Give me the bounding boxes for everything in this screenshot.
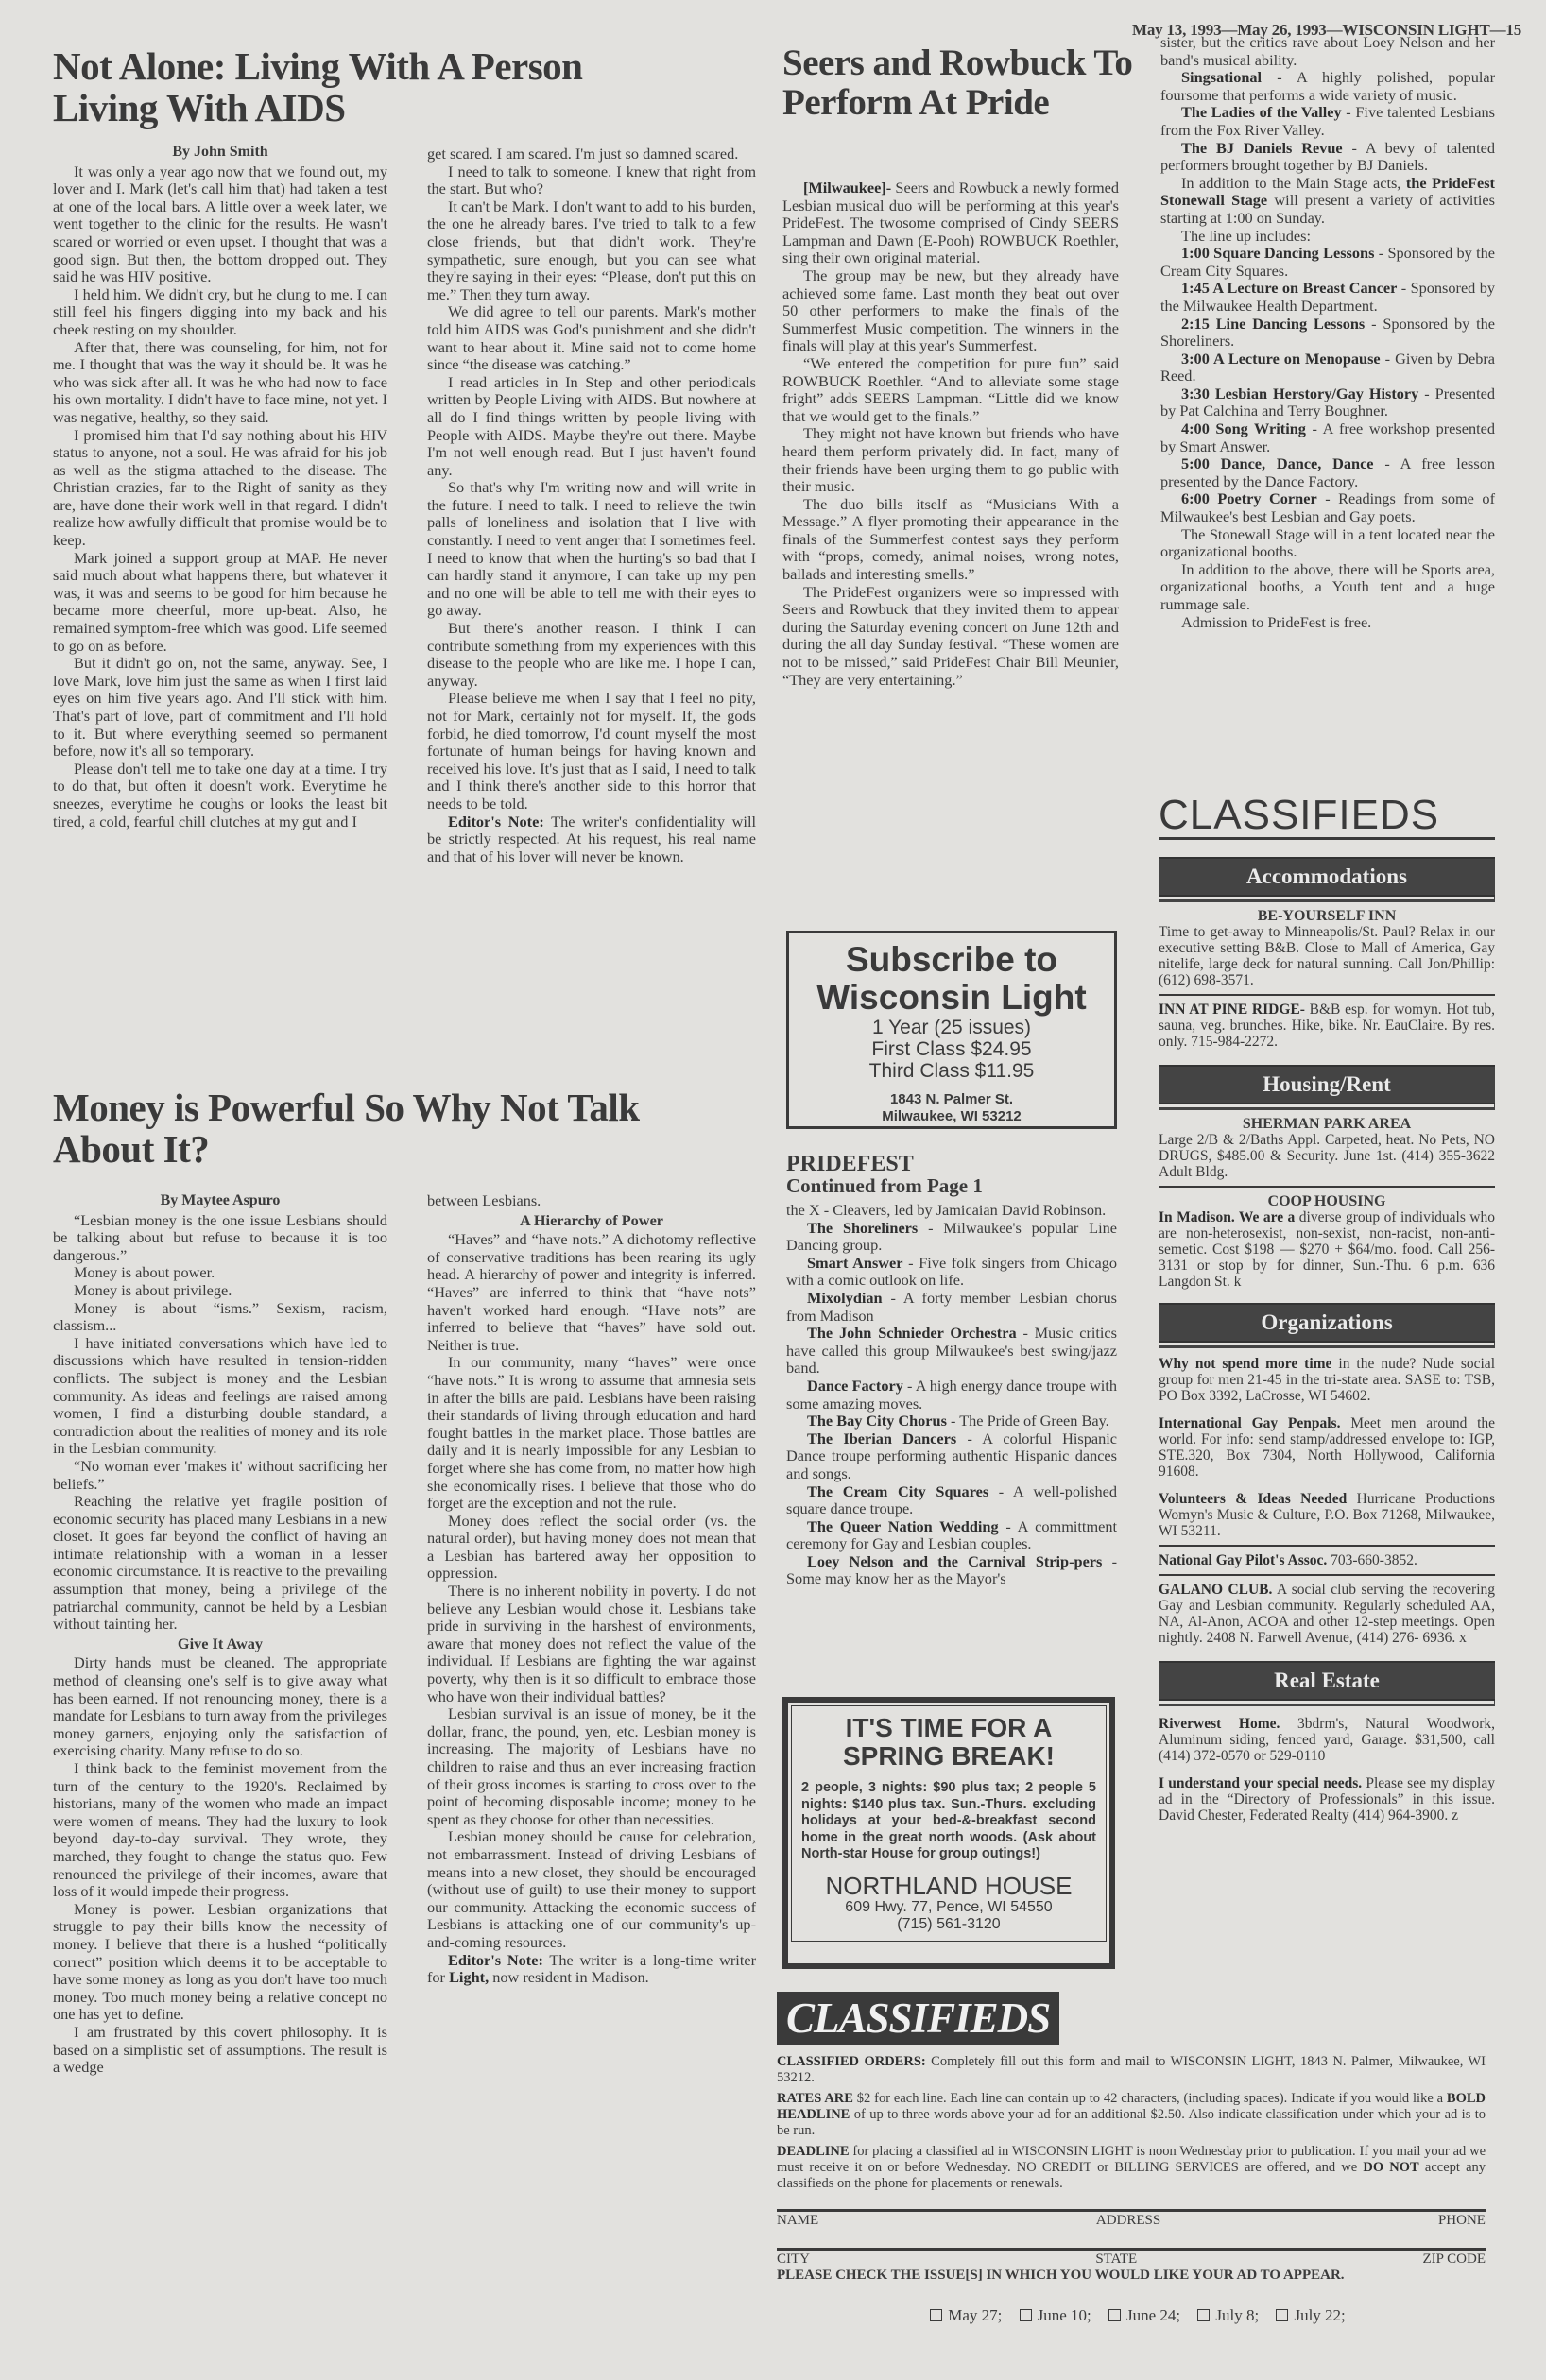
paragraph: There is no inherent nobility in poverty… — [427, 1583, 756, 1705]
bold-text: 6:00 Poetry Corner — [1181, 489, 1317, 507]
issue-check-prompt: PLEASE CHECK THE ISSUE[S] IN WHICH YOU W… — [777, 2268, 1486, 2284]
bold-text: The Bay City Chorus — [807, 1412, 947, 1430]
paragraph: I need to talk to someone. I knew that r… — [427, 163, 756, 198]
act-item: The Ladies of the Valley - Five talented… — [1160, 104, 1495, 139]
subscribe-ad: Subscribe to Wisconsin Light 1 Year (25 … — [786, 931, 1117, 1129]
money-byline: By Maytee Aspuro — [53, 1192, 387, 1210]
bold-text: The Ladies of the Valley — [1181, 103, 1342, 121]
text: CLASSIFIED ORDERS: Completely fill out t… — [777, 2054, 1486, 2192]
text: Admission to PrideFest is free. — [1160, 614, 1495, 632]
classifieds-banner: CLASSIFIEDS — [777, 1992, 1059, 2045]
text: COOP HOUSING — [1159, 1193, 1495, 1209]
lineup-item: 3:30 Lesbian Herstory/Gay History - Pres… — [1160, 385, 1495, 420]
subhead-give-it-away: Give It Away — [53, 1635, 387, 1653]
act-item: Loey Nelson and the Carnival Strip-pers … — [786, 1553, 1117, 1588]
checkbox-icon[interactable] — [1108, 2309, 1121, 2321]
dateline: [Milwaukee]- — [803, 179, 891, 197]
bold-text: International Gay Penpals. — [1159, 1415, 1340, 1431]
paragraph: But there's another reason. I think I ca… — [427, 620, 756, 690]
editors-note: Editor's Note: The writer is a long-time… — [427, 1952, 756, 1987]
bold-text: In Madison. We are a — [1159, 1209, 1295, 1225]
text: Time to get-away to Minneapolis/St. Paul… — [1159, 924, 1495, 988]
bold-text: Editor's Note: — [448, 1951, 543, 1969]
act-item: The Queer Nation Wedding - A committment… — [786, 1518, 1117, 1553]
classifieds-heading: CLASSIFIEDS — [1159, 794, 1495, 840]
bold-text: 3:00 A Lecture on Menopause — [1181, 350, 1381, 368]
classified-ad: SHERMAN PARK AREA Large 2/B & 2/Baths Ap… — [1159, 1116, 1495, 1180]
text: CLASSIFIED ORDERS: Completely fill out t… — [777, 2054, 1486, 2086]
city-field[interactable]: CITY — [777, 2252, 810, 2268]
category-real-estate: Real Estate — [1159, 1661, 1495, 1701]
bold-text: Smart Answer — [807, 1254, 903, 1272]
phone-field[interactable]: PHONE — [1438, 2213, 1486, 2229]
bold-text: The BJ Daniels Revue — [1181, 139, 1343, 157]
classified-ad: International Gay Penpals. Meet men arou… — [1159, 1415, 1495, 1480]
state-field[interactable]: STATE — [1095, 2252, 1137, 2268]
bold-text: I understand your special needs. — [1159, 1775, 1362, 1791]
bold-text: Light, — [449, 1968, 489, 1986]
text: [Milwaukee]- Seers and Rowbuck a newly f… — [782, 180, 1119, 267]
paragraph: Lesbian money should be cause for celebr… — [427, 1828, 756, 1951]
aids-column-2: get scared. I am scared. I'm just so dam… — [427, 146, 756, 865]
text: Wisconsin Light — [789, 979, 1114, 1017]
paragraph: I read articles in In Step and other per… — [427, 374, 756, 480]
paragraph: So that's why I'm writing now and will w… — [427, 479, 756, 620]
bold-text: 4:00 Song Writing — [1181, 419, 1306, 437]
lineup-item: 5:00 Dance, Dance, Dance - A free lesson… — [1160, 455, 1495, 490]
paragraph: Money is about “isms.” Sexism, racism, c… — [53, 1300, 387, 1335]
paragraph: Lesbian survival is an issue of money, b… — [427, 1705, 756, 1828]
seers-headline: Seers and Rowbuck To Perform At Pride — [782, 43, 1142, 123]
text: - The Pride of Green Bay. — [951, 1412, 1109, 1430]
bold-text: 5:00 Dance, Dance, Dance — [1181, 454, 1374, 472]
bold-text: Singsational — [1181, 68, 1262, 86]
bold-text: The Shoreliners — [807, 1219, 918, 1237]
paragraph: “Haves” and “have nots.” A dichotomy ref… — [427, 1231, 756, 1354]
issue-checkboxes: May 27; June 10; June 24; July 8; July 2… — [777, 2306, 1486, 2325]
act-item: The Iberian Dancers - A colorful Hispani… — [786, 1430, 1117, 1483]
text: First Class $24.95 — [789, 1038, 1114, 1060]
paragraph: They might not have known but friends wh… — [782, 425, 1119, 495]
paragraph: Money is about privilege. — [53, 1282, 387, 1300]
text: Large 2/B & 2/Baths Appl. Carpeted, heat… — [1159, 1132, 1495, 1180]
lineup-item: 3:00 A Lecture on Menopause - Given by D… — [1160, 351, 1495, 385]
paragraph: Dirty hands must be cleaned. The appropr… — [53, 1654, 387, 1760]
text: 609 Hwy. 77, Pence, WI 54550 — [801, 1899, 1096, 1916]
aids-headline: Not Alone: Living With A Person Living W… — [53, 45, 639, 129]
bold-text: 1:00 Square Dancing Lessons — [1181, 244, 1374, 262]
pridefest-column: PRIDEFEST Continued from Page 1 the X - … — [786, 1153, 1117, 1588]
text: SHERMAN PARK AREA — [1159, 1116, 1495, 1132]
spring-ad-title: IT'S TIME FOR A SPRING BREAK! — [801, 1714, 1096, 1771]
bold-text: CLASSIFIED ORDERS: — [777, 2054, 926, 2069]
bold-text: DEADLINE — [777, 2144, 850, 2159]
classified-ad: GALANO CLUB. A social club serving the r… — [1159, 1582, 1495, 1646]
act-item: Dance Factory - A high energy dance trou… — [786, 1378, 1117, 1413]
text: DEADLINE for placing a classified ad in … — [777, 2144, 1486, 2192]
bold-text: Riverwest Home. — [1159, 1716, 1280, 1732]
text: In addition to the Main Stage acts, the … — [1160, 175, 1495, 228]
aids-column-1: By John Smith It was only a year ago now… — [53, 144, 387, 830]
bold-text: The Iberian Dancers — [807, 1430, 956, 1447]
text: 2 people, 3 nights: $90 plus tax; 2 peop… — [801, 1780, 1096, 1863]
bold-text: Why not spend more time — [1159, 1356, 1331, 1372]
act-item: The Cream City Squares - A well-polished… — [786, 1483, 1117, 1518]
seers-column: [Milwaukee]- Seers and Rowbuck a newly f… — [782, 180, 1119, 689]
text: $2 for each line. Each line can contain … — [857, 2091, 1443, 2106]
text: RATES ARE $2 for each line. Each line ca… — [777, 2091, 1486, 2139]
bold-text: Dance Factory — [807, 1377, 903, 1395]
bold-text: 2:15 Line Dancing Lessons — [1181, 315, 1365, 333]
zip-field[interactable]: ZIP CODE — [1422, 2252, 1486, 2268]
paragraph: “We entered the competition for pure fun… — [782, 355, 1119, 425]
text: Subscribe to — [789, 941, 1114, 979]
text — [1159, 994, 1495, 996]
paragraph: We did agree to tell our parents. Mark's… — [427, 303, 756, 373]
spring-break-ad: IT'S TIME FOR A SPRING BREAK! 2 people, … — [782, 1697, 1115, 1969]
checkbox-icon[interactable] — [1197, 2309, 1210, 2321]
text: of up to three words above your ad for a… — [777, 2107, 1486, 2138]
paragraph: It can't be Mark. I don't want to add to… — [427, 198, 756, 304]
paragraph: I promised him that I'd say nothing abou… — [53, 427, 387, 550]
lineup-item: 2:15 Line Dancing Lessons - Sponsored by… — [1160, 316, 1495, 351]
bold-text: DO NOT — [1363, 2160, 1418, 2175]
checkbox-icon[interactable] — [1020, 2309, 1032, 2321]
text: 1843 N. Palmer St. — [789, 1091, 1114, 1108]
bold-text: The Cream City Squares — [807, 1482, 988, 1500]
checkbox-icon[interactable] — [1276, 2309, 1288, 2321]
text — [1159, 1186, 1495, 1188]
bold-text: 1:45 A Lecture on Breast Cancer — [1181, 279, 1397, 297]
act-item: The John Schnieder Orchestra - Music cri… — [786, 1325, 1117, 1378]
paragraph: But it didn't go on, not the same, anywa… — [53, 655, 387, 761]
pridefest-sub: Continued from Page 1 — [786, 1175, 1117, 1196]
classified-ad: Why not spend more time in the nude? Nud… — [1159, 1356, 1495, 1404]
money-column-1: By Maytee Aspuro “Lesbian money is the o… — [53, 1192, 387, 2077]
form-row-location: CITY STATE ZIP CODE — [777, 2248, 1486, 2268]
paragraph: between Lesbians. — [427, 1192, 756, 1210]
act-item: The Shoreliners - Milwaukee's popular Li… — [786, 1220, 1117, 1255]
paragraph: “Lesbian money is the one issue Lesbians… — [53, 1212, 387, 1265]
paragraph: Mark joined a support group at MAP. He n… — [53, 550, 387, 656]
text — [1159, 1545, 1495, 1547]
paragraph: I held him. We didn't cry, but he clung … — [53, 286, 387, 339]
text — [1159, 1574, 1495, 1576]
text: Milwaukee, WI 53212 — [789, 1108, 1114, 1125]
subhead-hierarchy: A Hierarchy of Power — [427, 1212, 756, 1230]
category-organizations: Organizations — [1159, 1303, 1495, 1343]
editors-note: Editor's Note: The writer's confidential… — [427, 813, 756, 866]
classified-ad: INN AT PINE RIDGE- B&B esp. for womyn. H… — [1159, 1002, 1495, 1050]
classified-ad: I understand your special needs. Please … — [1159, 1775, 1495, 1824]
paragraph: It was only a year ago now that we found… — [53, 163, 387, 286]
form-row-contact: NAME ADDRESS PHONE — [777, 2209, 1486, 2229]
lineup-item: 1:45 A Lecture on Breast Cancer - Sponso… — [1160, 280, 1495, 315]
paragraph: “No woman ever 'makes it' without sacrif… — [53, 1458, 387, 1493]
bold-text: Volunteers & Ideas Needed — [1159, 1491, 1347, 1507]
lineup-item: 1:00 Square Dancing Lessons - Sponsored … — [1160, 245, 1495, 280]
act-item: The Bay City Chorus - The Pride of Green… — [786, 1413, 1117, 1430]
text: BE-YOURSELF INN — [1159, 908, 1495, 924]
text: 1 Year (25 issues) — [789, 1017, 1114, 1038]
text: June 24; — [1126, 2306, 1180, 2324]
aids-byline: By John Smith — [53, 144, 387, 162]
name-field[interactable]: NAME — [777, 2213, 818, 2229]
bold-text: Loey Nelson and the Carnival Strip-pers — [807, 1552, 1102, 1570]
money-headline: Money is Powerful So Why Not Talk About … — [53, 1087, 658, 1171]
text: NORTHLAND HOUSE — [801, 1873, 1096, 1899]
paragraph: Money is power. Lesbian organizations th… — [53, 1901, 387, 2024]
paragraph: Money does reflect the social order (vs.… — [427, 1513, 756, 1583]
paragraph: I think back to the feminist movement fr… — [53, 1760, 387, 1901]
text — [789, 1082, 1114, 1091]
paragraph: Money is about power. — [53, 1264, 387, 1282]
text: July 8; — [1215, 2306, 1259, 2324]
lineup-item: 6:00 Poetry Corner - Readings from some … — [1160, 490, 1495, 525]
text: sister, but the critics rave about Loey … — [1160, 34, 1495, 69]
classified-ad: Volunteers & Ideas Needed Hurricane Prod… — [1159, 1491, 1495, 1539]
category-accommodations: Accommodations — [1159, 857, 1495, 897]
act-item: The BJ Daniels Revue - A bevy of talente… — [1160, 140, 1495, 175]
text: In addition to the above, there will be … — [1160, 561, 1495, 614]
pridefest-continued-column: sister, but the critics rave about Loey … — [1160, 34, 1495, 631]
paragraph: In our community, many “haves” were once… — [427, 1354, 756, 1512]
classified-ad: National Gay Pilot's Assoc. 703-660-3852… — [1159, 1552, 1495, 1568]
classified-ad: BE-YOURSELF INN Time to get-away to Minn… — [1159, 908, 1495, 988]
lineup-item: 4:00 Song Writing - A free workshop pres… — [1160, 420, 1495, 455]
act-item: Smart Answer - Five folk singers from Ch… — [786, 1255, 1117, 1290]
text: (715) 561-3120 — [801, 1916, 1096, 1933]
paragraph: After that, there was counseling, for hi… — [53, 339, 387, 427]
text: In addition to the Main Stage acts, — [1181, 174, 1400, 192]
text: IT'S TIME FOR A SPRING BREAK! 2 people, … — [791, 1705, 1107, 1942]
pridefest-head: PRIDEFEST — [786, 1153, 1117, 1175]
paragraph: The duo bills itself as “Musicians With … — [782, 496, 1119, 584]
classifieds-section: CLASSIFIEDS Accommodations BE-YOURSELF I… — [1159, 794, 1495, 1824]
paragraph: The PrideFest organizers were so impress… — [782, 584, 1119, 690]
bold-text: GALANO CLUB. — [1159, 1582, 1272, 1598]
text: The Stonewall Stage will in a tent locat… — [1160, 526, 1495, 561]
bold-text: INN AT PINE RIDGE- — [1159, 1002, 1305, 1018]
act-item: Singsational - A highly polished, popula… — [1160, 69, 1495, 104]
paragraph: I am frustrated by this covert philosoph… — [53, 2024, 387, 2077]
editors-note-label: Editor's Note: — [448, 813, 544, 830]
classified-ad: Riverwest Home. 3bdrm's, Natural Woodwor… — [1159, 1716, 1495, 1764]
classified-order-form: CLASSIFIEDS CLASSIFIED ORDERS: Completel… — [777, 1992, 1486, 2325]
bold-text: 3:30 Lesbian Herstory/Gay History — [1181, 385, 1418, 402]
paragraph: Please don't tell me to take one day at … — [53, 761, 387, 830]
paragraph: get scared. I am scared. I'm just so dam… — [427, 146, 756, 163]
address-field[interactable]: ADDRESS — [1096, 2213, 1160, 2229]
paragraph: Reaching the relative yet fragile positi… — [53, 1493, 387, 1634]
text: the X - Cleavers, led by Jamicaian David… — [786, 1202, 1117, 1220]
text: The line up includes: — [1160, 228, 1495, 246]
act-item: Mixolydian - A forty member Lesbian chor… — [786, 1290, 1117, 1325]
text: June 10; — [1038, 2306, 1091, 2324]
text: July 22; — [1294, 2306, 1345, 2324]
bold-text: RATES ARE — [777, 2091, 853, 2106]
text: 703-660-3852. — [1331, 1552, 1417, 1568]
paragraph: Please believe me when I say that I feel… — [427, 690, 756, 813]
category-housing-rent: Housing/Rent — [1159, 1065, 1495, 1104]
paragraph: I have initiated conversations which hav… — [53, 1335, 387, 1458]
bold-text: The Queer Nation Wedding — [807, 1517, 999, 1535]
checkbox-icon[interactable] — [930, 2309, 942, 2321]
classified-ad: COOP HOUSING In Madison. We are a divers… — [1159, 1193, 1495, 1290]
text: now resident in Madison. — [492, 1968, 649, 1986]
text: May 27; — [948, 2306, 1002, 2324]
money-column-2: between Lesbians. A Hierarchy of Power “… — [427, 1192, 756, 1987]
bold-text: National Gay Pilot's Assoc. — [1159, 1552, 1327, 1568]
paragraph: The group may be new, but they already h… — [782, 267, 1119, 355]
bold-text: The John Schnieder Orchestra — [807, 1324, 1017, 1342]
bold-text: Mixolydian — [807, 1289, 883, 1307]
text: Third Class $11.95 — [789, 1060, 1114, 1082]
